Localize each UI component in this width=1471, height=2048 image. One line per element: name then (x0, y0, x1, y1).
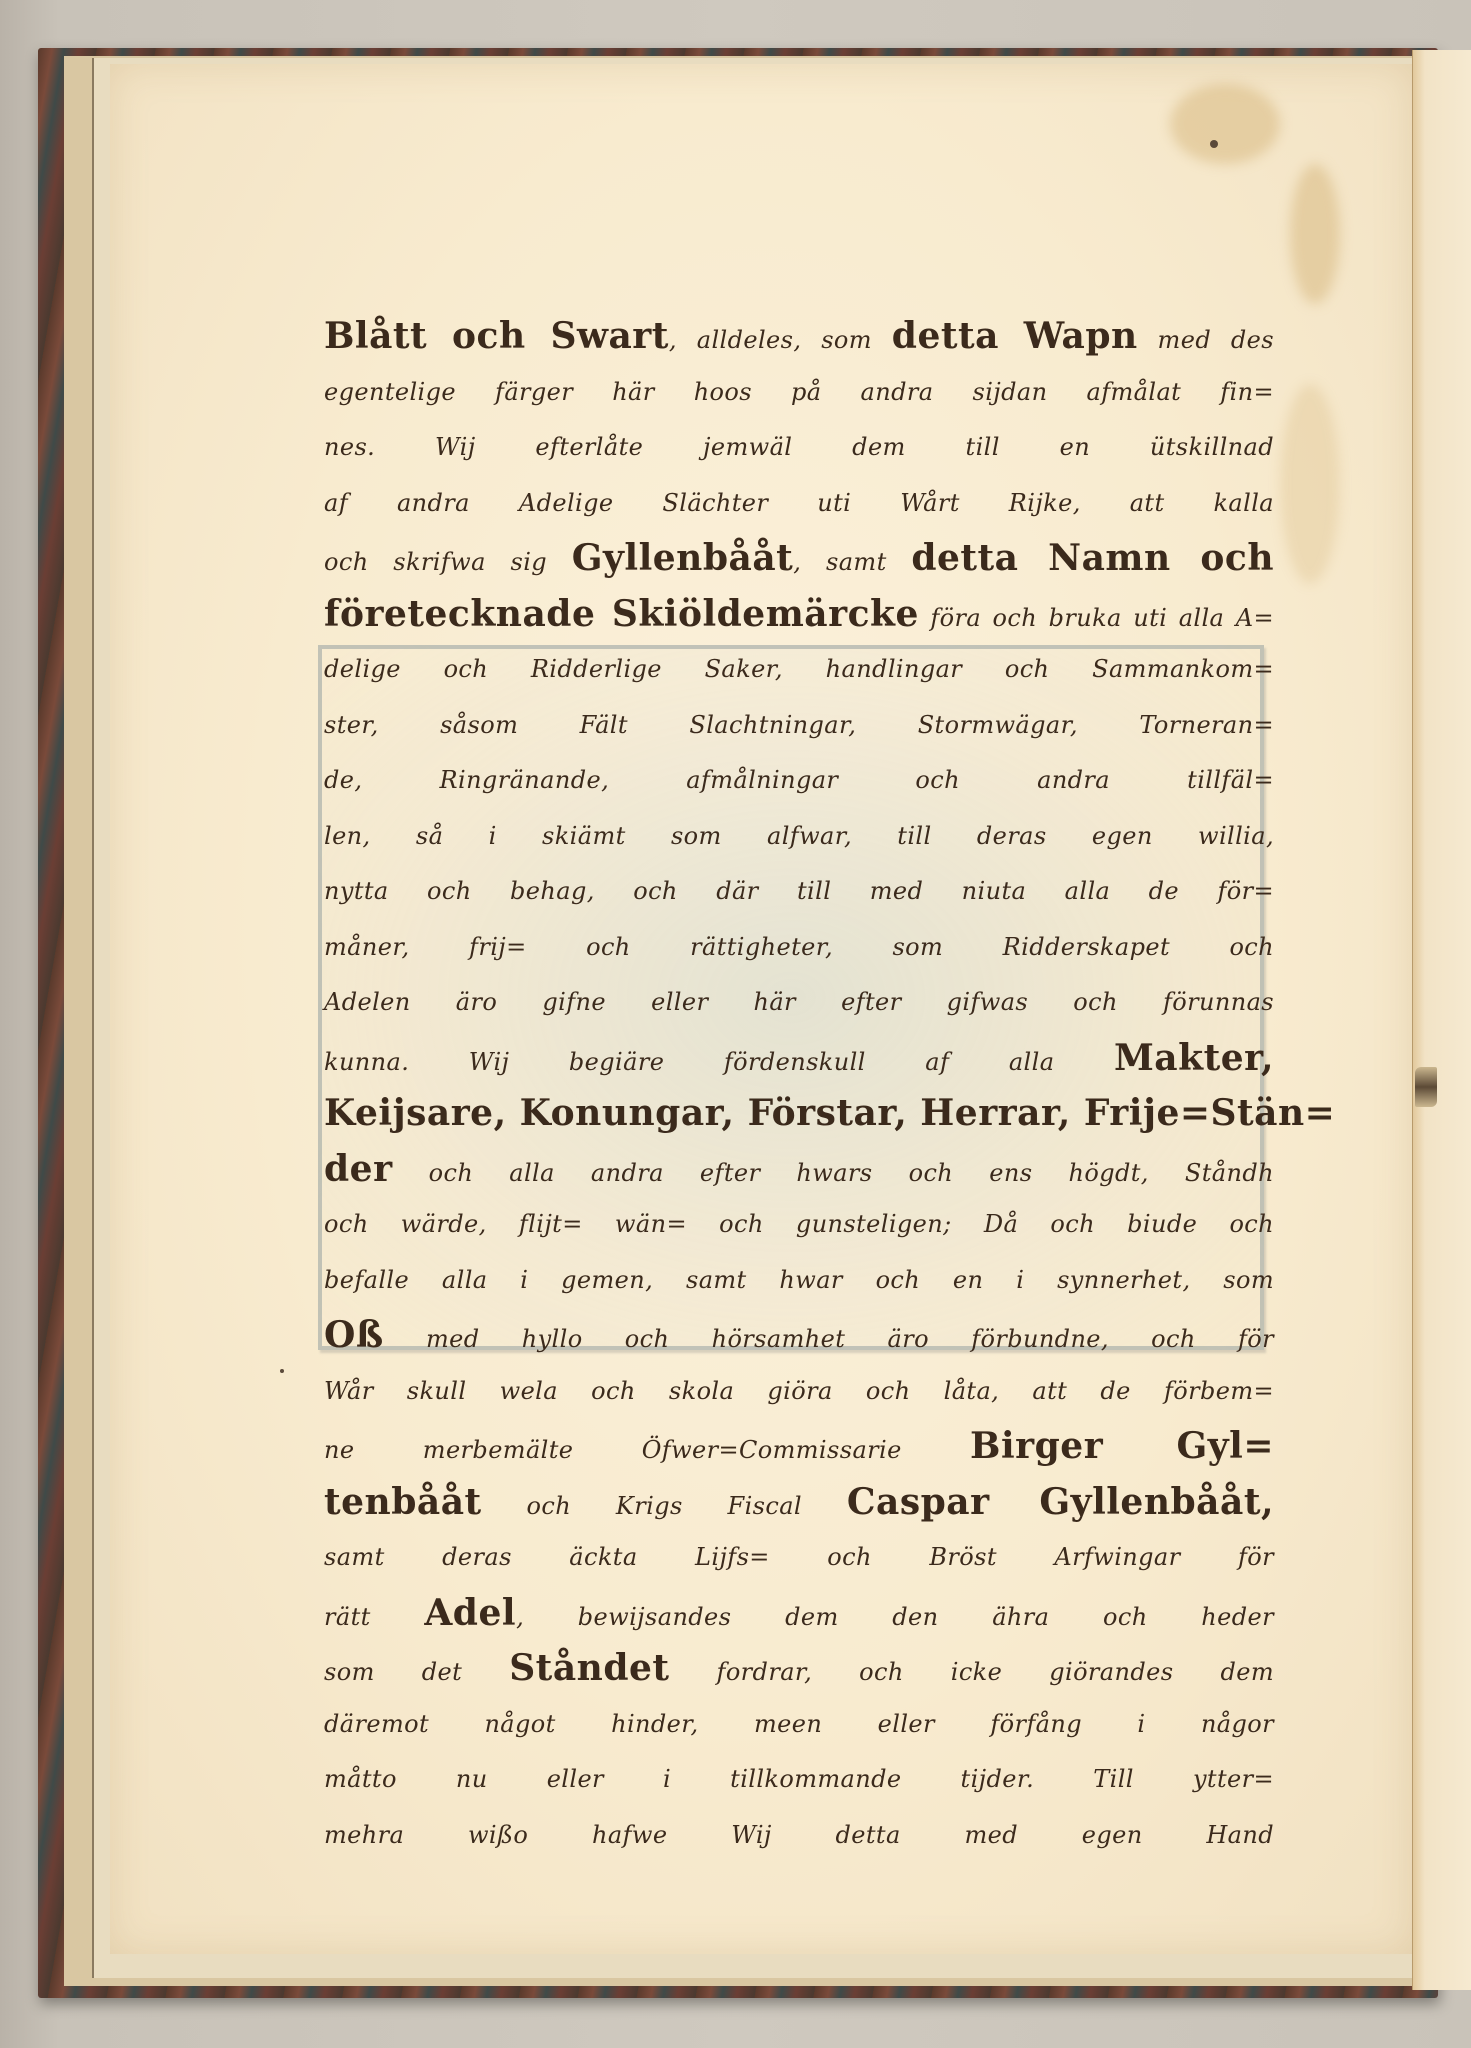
emphasized-word: Adel (424, 1592, 516, 1634)
manuscript-line: egentelige färger här hoos på andra sijd… (324, 365, 1274, 421)
manuscript-line: och skrifwa sig Gyllenbååt, samt detta N… (324, 531, 1274, 587)
manuscript-line: måner, frij= och rättigheter, som Ridder… (324, 920, 1274, 976)
manuscript-line: nes. Wij efterlåte jemwäl dem till en üt… (324, 420, 1274, 476)
line-text: och skrifwa sig (324, 548, 572, 576)
manuscript-line: och wärde, flijt= wän= och gunsteligen; … (324, 1197, 1274, 1253)
emphasized-word: detta Wapn (892, 315, 1138, 357)
line-text: måner, frij= och rättigheter, som Ridder… (324, 933, 1274, 961)
line-text: och alla andra efter hwars och ens högdt… (393, 1159, 1274, 1187)
manuscript-line: Blått och Swart, alldeles, som detta Wap… (324, 309, 1274, 365)
emphasized-word: der (324, 1148, 393, 1190)
manuscript-line: Keijsare, Konungar, Förstar, Herrar, Fri… (324, 1086, 1274, 1142)
line-text: delige och Ridderlige Saker, handlingar … (324, 655, 1274, 683)
emphasized-word: Birger Gyl= (970, 1425, 1274, 1467)
manuscript-line: befalle alla i gemen, samt hwar och en i… (324, 1253, 1274, 1309)
manuscript-line: kunna. Wij begiäre fördenskull af alla M… (324, 1031, 1274, 1087)
line-text: befalle alla i gemen, samt hwar och en i… (324, 1266, 1274, 1294)
manuscript-line: mehra wißo hafwe Wij detta med egen Hand (324, 1808, 1274, 1864)
manuscript-line: Oß med hyllo och hörsamhet äro förbundne… (324, 1308, 1274, 1364)
line-text: och wärde, flijt= wän= och gunsteligen; … (324, 1210, 1274, 1238)
water-stain (1280, 384, 1340, 584)
line-text: med des (1138, 326, 1274, 354)
line-text: Adelen äro gifne eller här efter gifwas … (324, 988, 1274, 1016)
manuscript-line: nytta och behag, och där till med niuta … (324, 864, 1274, 920)
line-text: , bewijsandes dem den ähra och heder (516, 1603, 1274, 1631)
line-text: rätt (324, 1603, 424, 1631)
line-text: de, Ringränande, afmålningar och andra t… (324, 766, 1274, 794)
line-text: , samt (793, 548, 911, 576)
line-text: som det (324, 1658, 509, 1686)
line-text: måtto nu eller i tillkommande tijder. Ti… (324, 1765, 1274, 1793)
manuscript-line: ster, såsom Fält Slachtningar, Stormwäga… (324, 698, 1274, 754)
line-text: , alldeles, som (669, 326, 892, 354)
emphasized-word: Gyllenbååt (572, 537, 794, 579)
manuscript-line: Wår skull wela och skola giöra och låta,… (324, 1364, 1274, 1420)
manuscript-line: delige och Ridderlige Saker, handlingar … (324, 642, 1274, 698)
line-text: samt deras äckta Lijfs= och Bröst Arfwin… (324, 1543, 1274, 1571)
emphasized-word: tenbååt (324, 1481, 482, 1523)
line-text: och Krigs Fiscal (482, 1492, 847, 1520)
manuscript-line: len, så i skiämt som alfwar, till deras … (324, 809, 1274, 865)
manuscript-line: företecknade Skiöldemärcke föra och bruk… (324, 587, 1274, 643)
emphasized-word: Caspar Gyllenbååt, (847, 1481, 1274, 1523)
manuscript-line: som det Ståndet fordrar, och icke giöran… (324, 1641, 1274, 1697)
emphasized-word: Oß (324, 1314, 384, 1356)
manuscript-line: der och alla andra efter hwars och ens h… (324, 1142, 1274, 1198)
emphasized-word: Keijsare, Konungar, Förstar, Herrar, Fri… (324, 1092, 1335, 1134)
water-stain (1290, 164, 1340, 304)
line-text: Wår skull wela och skola giöra och låta,… (324, 1377, 1274, 1405)
emphasized-word: Ståndet (509, 1647, 669, 1689)
line-text: med hyllo och hörsamhet äro förbundne, o… (384, 1325, 1274, 1353)
manuscript-line: Adelen äro gifne eller här efter gifwas … (324, 975, 1274, 1031)
emphasized-word: Makter, (1114, 1037, 1274, 1079)
line-text: nes. Wij efterlåte jemwäl dem till en üt… (324, 433, 1274, 461)
water-stain (1170, 84, 1280, 164)
line-text: föra och bruka uti alla A= (919, 604, 1274, 632)
line-text: ne merbemälte Öfwer=Commissarie (324, 1436, 970, 1464)
line-text: egentelige färger här hoos på andra sijd… (324, 378, 1274, 406)
binding-thread-knot (1415, 1067, 1437, 1107)
manuscript-line: af andra Adelige Slächter uti Wårt Rijke… (324, 476, 1274, 532)
manuscript-line: samt deras äckta Lijfs= och Bröst Arfwin… (324, 1530, 1274, 1586)
line-text: af andra Adelige Slächter uti Wårt Rijke… (324, 489, 1274, 517)
manuscript-line: däremot något hinder, meen eller förfång… (324, 1697, 1274, 1753)
emphasized-word: Blått och Swart (324, 315, 669, 357)
manuscript-line: måtto nu eller i tillkommande tijder. Ti… (324, 1752, 1274, 1808)
ink-spot (280, 1369, 284, 1373)
emphasized-word: detta Namn och (911, 537, 1274, 579)
manuscript-text-body: Blått och Swart, alldeles, som detta Wap… (324, 309, 1274, 1863)
line-text: mehra wißo hafwe Wij detta med egen Hand (324, 1821, 1274, 1849)
line-text: ster, såsom Fält Slachtningar, Stormwäga… (324, 711, 1274, 739)
manuscript-line: tenbååt och Krigs Fiscal Caspar Gyllenbå… (324, 1475, 1274, 1531)
manuscript-page: Blått och Swart, alldeles, som detta Wap… (110, 64, 1412, 1954)
emphasized-word: företecknade Skiöldemärcke (324, 593, 919, 635)
line-text: däremot något hinder, meen eller förfång… (324, 1710, 1274, 1738)
manuscript-line: rätt Adel, bewijsandes dem den ähra och … (324, 1586, 1274, 1642)
line-text: len, så i skiämt som alfwar, till deras … (324, 822, 1274, 850)
manuscript-line: de, Ringränande, afmålningar och andra t… (324, 753, 1274, 809)
line-text: nytta och behag, och där till med niuta … (324, 877, 1274, 905)
facing-page-edge (1412, 50, 1471, 1990)
line-text: kunna. Wij begiäre fördenskull af alla (324, 1048, 1114, 1076)
line-text: fordrar, och icke giörandes dem (670, 1658, 1274, 1686)
ink-spot (1210, 140, 1218, 148)
manuscript-line: ne merbemälte Öfwer=Commissarie Birger G… (324, 1419, 1274, 1475)
